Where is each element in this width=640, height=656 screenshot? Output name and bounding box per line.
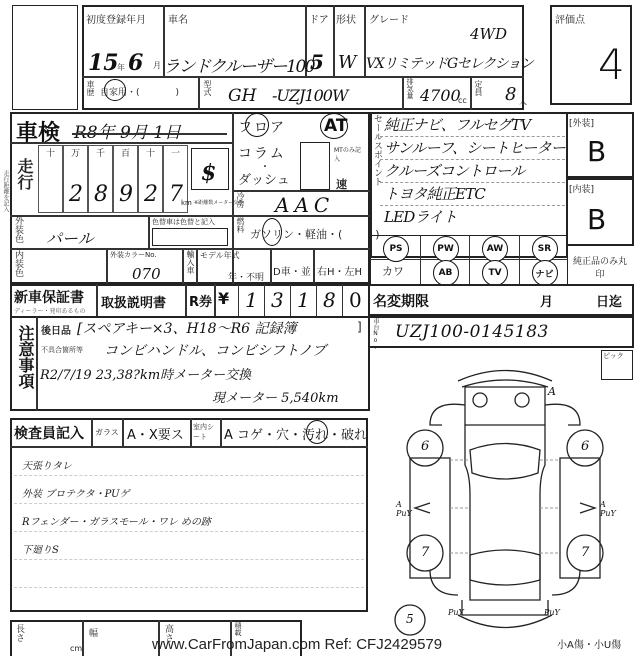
mark-rear-right: PuY bbox=[544, 608, 560, 617]
capacity: 8 bbox=[505, 84, 516, 105]
name-change-label: 名変期限 bbox=[373, 291, 429, 311]
shape-label: 形状 bbox=[336, 11, 356, 26]
seat-options: A コゲ・穴・汚れ・破れ bbox=[224, 424, 367, 443]
inspection-strike bbox=[72, 133, 227, 135]
recycle-digit: 3 bbox=[271, 288, 284, 312]
mark-left-side: A PuY bbox=[396, 500, 416, 518]
fuel-label: 燃料 bbox=[235, 217, 246, 233]
color-no-label: 外装カラーNo. bbox=[110, 250, 157, 260]
history-label: 車歴 bbox=[85, 80, 96, 96]
divider bbox=[238, 284, 239, 318]
recycle-digit: 0 bbox=[349, 288, 362, 312]
sales-point-line: サンルーフ、シートヒーター bbox=[384, 137, 565, 158]
equipment-option-sr: SR bbox=[532, 236, 558, 262]
mileage-symbol: $ bbox=[201, 160, 216, 186]
divider bbox=[290, 284, 291, 318]
mark-right-side: A PuY bbox=[600, 500, 620, 518]
diagram-legend: 小A傷・小U傷 bbox=[557, 636, 621, 651]
divider bbox=[264, 284, 265, 318]
stamp-box bbox=[12, 5, 78, 110]
warranty-label: 新車保証書 bbox=[14, 287, 84, 307]
notes-line1: [スペアキー×3、H18〜R6 記録簿 bbox=[77, 318, 296, 338]
inspector-comment: Rフェンダー・ガラスモール・ワレ めの跡 bbox=[22, 513, 211, 528]
sales-point-line: LEDライト bbox=[384, 206, 457, 227]
chassis-number: UZJ100-0145183 bbox=[395, 322, 549, 342]
reg-date-label: 初度登録年月 bbox=[86, 11, 146, 26]
inspector-comment: 外装 プロテクタ・PUゲ bbox=[22, 485, 130, 500]
recycle-label: R券 bbox=[189, 291, 212, 310]
aftermarket-label: 後日品 bbox=[41, 322, 71, 337]
shape: W bbox=[338, 52, 357, 73]
sales-point-line: クルーズコントロール bbox=[384, 160, 525, 181]
mileage-digit-header: 百 bbox=[121, 146, 130, 159]
capacity-label: 定員 bbox=[473, 80, 484, 96]
mt-speed: 速 bbox=[336, 176, 347, 192]
notes-label: 注意事項 bbox=[14, 325, 37, 389]
color-no: 070 bbox=[132, 265, 161, 283]
mileage-digit-header: 十 bbox=[146, 146, 155, 159]
equipment-option-ps: PS bbox=[383, 236, 409, 262]
color-change-label: 色替車は色替と記入 bbox=[152, 217, 215, 227]
exterior-color: パール bbox=[46, 226, 94, 249]
displacement-label: 排気量 bbox=[405, 78, 415, 99]
car-name: ランドクルーザー100 bbox=[163, 52, 314, 77]
mt-note: MTのみ記入 bbox=[334, 145, 364, 163]
score-value: 4 bbox=[598, 40, 625, 89]
doors: 5 bbox=[310, 50, 324, 74]
reg-month: 6 bbox=[128, 50, 143, 76]
mileage-label: 走行 bbox=[13, 158, 36, 190]
divider bbox=[14, 559, 364, 560]
reg-year: 15 bbox=[88, 50, 119, 76]
notes-line4: 現メーター 5,540km bbox=[212, 387, 339, 406]
mileage-digit-header: 十 bbox=[46, 146, 55, 159]
sales-points-label: セールスポイント bbox=[371, 114, 384, 186]
divider bbox=[342, 284, 343, 318]
shift-floor: フロア bbox=[238, 117, 286, 137]
yen-sign: ¥ bbox=[218, 289, 229, 308]
mark-rear-left: PuY bbox=[448, 608, 464, 617]
mileage-digit: 2 bbox=[69, 182, 83, 207]
mark-wheel-rl: 7 bbox=[421, 545, 429, 560]
exterior-color-label: 外装色 bbox=[12, 216, 25, 243]
equipment-option-pw: PW bbox=[433, 236, 459, 262]
grade: VXリミテッドGセレクション bbox=[366, 53, 533, 73]
equipment-option-tv: TV bbox=[482, 260, 508, 286]
model-code: -UZJ100W bbox=[272, 86, 347, 105]
history-value: 自家用・( ) bbox=[100, 85, 179, 98]
mileage-digit-header: 一 bbox=[171, 146, 180, 159]
inspector-comment: 下廻りS bbox=[22, 541, 59, 556]
recycle-digit: 8 bbox=[323, 288, 336, 312]
defect-label: 不具合箇所等 bbox=[41, 345, 83, 355]
aircon-label: 冷房 bbox=[235, 192, 246, 208]
exterior-score: B bbox=[587, 135, 606, 168]
mark-wheel-fr: 6 bbox=[581, 439, 589, 454]
mark-front: A bbox=[548, 385, 556, 398]
divider bbox=[14, 475, 364, 476]
import-label: 輸入車 bbox=[185, 250, 196, 274]
mark-wheel-fl: 6 bbox=[421, 439, 429, 454]
divider bbox=[469, 235, 470, 285]
manual-label: 取扱説明書 bbox=[101, 292, 166, 311]
steering-label: 右H・左H bbox=[317, 263, 362, 278]
fuel-options: ガソリン・軽油・( ) bbox=[250, 226, 380, 242]
recycle-digit: 1 bbox=[297, 288, 310, 312]
genuine-note: 純正品のみ丸印 bbox=[572, 254, 628, 280]
drive: 4WD bbox=[470, 25, 507, 43]
mileage-digit: 8 bbox=[94, 182, 108, 207]
mark-spare: 5 bbox=[406, 612, 414, 626]
divider bbox=[214, 284, 216, 318]
mileage-digit-header: 万 bbox=[71, 146, 80, 159]
model-year-label: モデル年式 bbox=[200, 250, 240, 261]
dealer-label: D車・並 bbox=[273, 263, 311, 278]
divider bbox=[14, 531, 364, 532]
model-label: 型式 bbox=[202, 80, 213, 96]
model-year-unit: 年・不明 bbox=[228, 270, 264, 283]
inspector-comment: 天張りタレ bbox=[22, 457, 72, 472]
divider bbox=[519, 235, 520, 285]
displacement: 4700 bbox=[420, 86, 461, 105]
equipment-option-aw: AW bbox=[482, 236, 508, 262]
divider bbox=[14, 587, 364, 588]
inspection-label: 車検 bbox=[16, 116, 60, 147]
inspection-value: R8年 9月 1日 bbox=[74, 118, 181, 143]
divider bbox=[14, 503, 364, 504]
interior-color-label: 内装色 bbox=[12, 250, 25, 277]
equipment-option-ナビ: ナビ bbox=[532, 260, 558, 286]
mileage-digit: 2 bbox=[144, 182, 158, 207]
interior-score: B bbox=[587, 203, 606, 236]
transmission: AT bbox=[324, 116, 347, 136]
mark-wheel-rr: 7 bbox=[581, 545, 589, 560]
aircon-value: AAC bbox=[275, 193, 334, 217]
equipment-option: カワ bbox=[382, 263, 404, 279]
side-note: 走行距離を記入 bbox=[1, 170, 10, 212]
divider bbox=[420, 235, 421, 285]
equipment-option-ab: AB bbox=[433, 260, 459, 286]
recycle-digit: 1 bbox=[245, 288, 258, 312]
sales-point-line: トヨタ純正ETC bbox=[384, 183, 485, 204]
mileage-digit: 9 bbox=[119, 182, 133, 207]
notes-line3: R2/7/19 23,38?km時メーター交換 bbox=[40, 364, 251, 383]
mileage-unit: km bbox=[181, 199, 192, 207]
divider bbox=[185, 284, 187, 318]
model-prefix: GH bbox=[228, 86, 256, 106]
inspector-label: 検査員記入 bbox=[14, 423, 84, 443]
sales-point-line: 純正ナビ、フルセグTV bbox=[384, 114, 530, 135]
notes-line2: コンビハンドル、コンビシフトノブ bbox=[104, 340, 326, 360]
watermark: www.CarFromJapan.com Ref: CFJ2429579 bbox=[152, 636, 442, 653]
grade-label: グレード bbox=[369, 11, 409, 26]
doors-label: ドア bbox=[309, 11, 329, 26]
score-label: 評価点 bbox=[555, 11, 585, 26]
shift-dash: ダッシュ bbox=[238, 169, 290, 188]
glass-options: A・X要ス bbox=[127, 424, 184, 443]
car-name-label: 車名 bbox=[168, 11, 188, 26]
divider bbox=[316, 284, 317, 318]
mileage-digit-header: 千 bbox=[96, 146, 105, 159]
